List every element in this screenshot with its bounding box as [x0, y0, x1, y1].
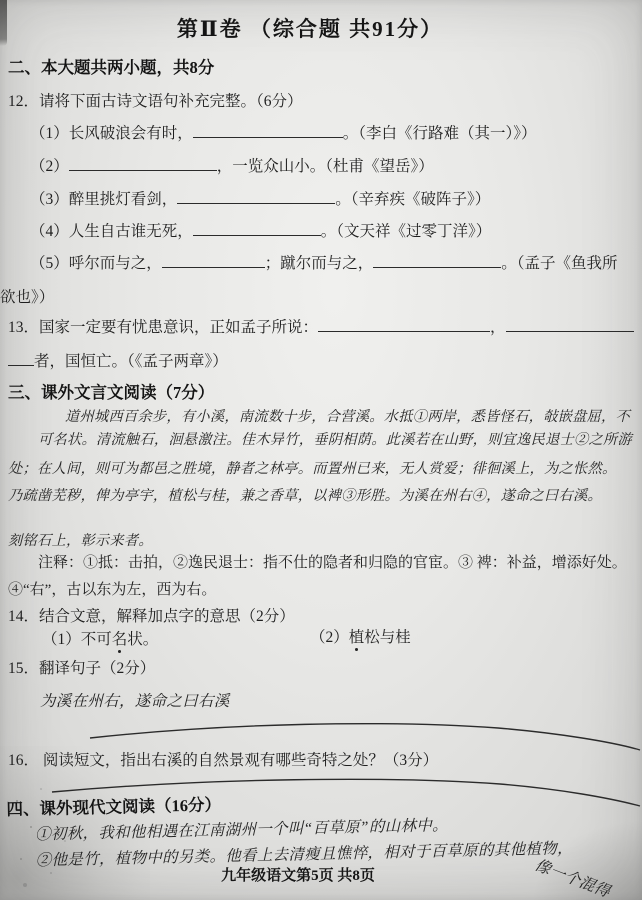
section-three-heading: 三、课外文言文阅读（7分） [8, 379, 214, 403]
exam-page: 第Ⅱ卷 （综合题 共91分） 二、本大题共两小题，共8分 12．请将下面古诗文语… [0, 0, 642, 900]
question-15-stem: 15．翻译句子（2分） [8, 656, 155, 678]
q12-item-4-blank [193, 221, 321, 236]
section-four-heading: 四、课外现代文阅读（16分） [6, 791, 221, 820]
page-title: 第Ⅱ卷 （综合题 共91分） [0, 13, 620, 43]
passage-line-3: 处；在人间，则可为都邑之胜境，静者之林亭。而置州已来，无人赏爱；徘徊溪上，为之怅… [8, 458, 616, 478]
q15-sentence: 为溪在州右，遂命之曰右溪 [40, 689, 230, 711]
q12-item-5-mid: ；蹴尔而与之， [265, 255, 374, 272]
q12-item-1-post: 。（李白《行路难（其一）》） [343, 125, 537, 142]
q14-item-1-pre: （1）不可 [42, 631, 112, 648]
q12-item-5-wrap: 欲也》） [0, 285, 54, 307]
q14-item-2-emphasized-char: 植 [349, 629, 365, 646]
question-13-line-1: 13．国家一定要有忧患意识，正如孟子所说：， [8, 315, 634, 337]
q12-item-1-num: （1） [30, 125, 69, 142]
q12-item-4: （4）人生自古谁无死，。（文天祥《过零丁洋》） [30, 219, 491, 241]
q13-line2-post: 者，国恒亡。（《孟子两章》） [34, 353, 228, 370]
q12-item-5-pre: 呼尔而与之， [69, 255, 162, 272]
q12-item-5-blank-2 [373, 253, 501, 268]
q12-item-2: （2），一览众山小。（杜甫《望岳》） [30, 154, 434, 176]
section-two-heading: 二、本大题共两小题，共8分 [8, 54, 214, 78]
passage-line-4: 乃疏凿芜秽，俾为亭宇，植松与桂，兼之香草，以裨③形胜。为溪在州右④，遂命之曰右溪… [8, 485, 602, 505]
question-16-stem: 16． 阅读短文，指出右溪的自然景观有哪些奇特之处？（3分） [8, 748, 438, 770]
classical-passage: 道州城西百余步，有小溪，南流数十步，合营溪。水抵①两岸，悉皆怪石，敧嵌盘屈，不 … [8, 406, 636, 556]
q12-item-3-pre: 醉里挑灯看剑， [69, 191, 178, 208]
q12-item-5-num: （5） [30, 255, 69, 272]
q12-item-3-num: （3） [30, 191, 69, 208]
q12-item-2-post: ，一览众山小。（杜甫《望岳》） [217, 158, 434, 175]
q13-blank-3 [8, 351, 34, 366]
passage-notes-line-1: 注释：①抵：击拍，②逸民退士：指不仕的隐者和归隐的官宦。③ 裨：补益，增添好处。 [38, 551, 627, 572]
q13-blank-1 [318, 317, 490, 332]
q12-item-3: （3）醉里挑灯看剑，。（辛弃疾《破阵子》） [30, 187, 490, 209]
q12-item-1: （1）长风破浪会有时，。（李白《行路难（其一）》） [30, 121, 537, 143]
passage-notes-line-2: ④“右”，古以东为左，西为右。 [8, 578, 216, 599]
q13-pre: 13．国家一定要有忧患意识，正如孟子所说： [8, 319, 318, 336]
page-footer: 九年级语文第5页 共8页 [0, 864, 596, 885]
q13-comma: ， [490, 319, 506, 336]
q14-item-1-post: 状。 [127, 631, 158, 648]
q12-item-3-blank [177, 189, 335, 204]
q12-item-4-post: 。（文天祥《过零丁洋》） [321, 223, 492, 240]
q12-item-5-post: 。（孟子《鱼我所 [501, 255, 617, 272]
q14-item-2: （2）植松与桂 [310, 625, 411, 647]
passage-line-1: 道州城西百余步，有小溪，南流数十步，合营溪。水抵①两岸，悉皆怪石，敧嵌盘屈，不 [65, 406, 630, 426]
q12-item-5: （5）呼尔而与之，；蹴尔而与之，。（孟子《鱼我所 [30, 251, 618, 273]
q12-item-2-blank [69, 156, 217, 171]
q12-item-1-blank [193, 123, 343, 138]
q14-item-1: （1）不可名状。 [42, 627, 158, 649]
passage-line-5: 刻铭石上，彰示来者。 [8, 530, 153, 550]
question-13-line-2: 者，国恒亡。（《孟子两章》） [8, 349, 228, 371]
q14-item-2-post: 松与桂 [364, 629, 411, 646]
question-12-stem: 12．请将下面古诗文语句补充完整。（6分） [8, 89, 303, 111]
section-four: 四、课外现代文阅读（16分） ①初秋，我和他相遇在江南湖州一个叫“百草原”的山林… [6, 782, 628, 874]
passage-line-2: 可名状。清流触石，洄悬激注。佳木异竹，垂阴相荫。此溪若在山野，则宜逸民退士②之所… [38, 429, 632, 449]
q12-item-2-num: （2） [30, 158, 69, 175]
question-14-stem: 14．结合文意，解释加点字的意思（2分） [8, 604, 295, 626]
q12-item-4-pre: 人生自古谁无死， [69, 223, 193, 240]
q12-item-3-post: 。（辛弃疾《破阵子》） [335, 191, 490, 208]
q12-item-5-blank-1 [162, 253, 265, 268]
q12-item-1-pre: 长风破浪会有时， [69, 125, 193, 142]
q14-item-2-pre: （2） [310, 629, 349, 646]
q13-blank-2 [506, 317, 634, 332]
q14-item-1-emphasized-char: 名 [112, 631, 128, 648]
q12-item-4-num: （4） [30, 223, 69, 240]
